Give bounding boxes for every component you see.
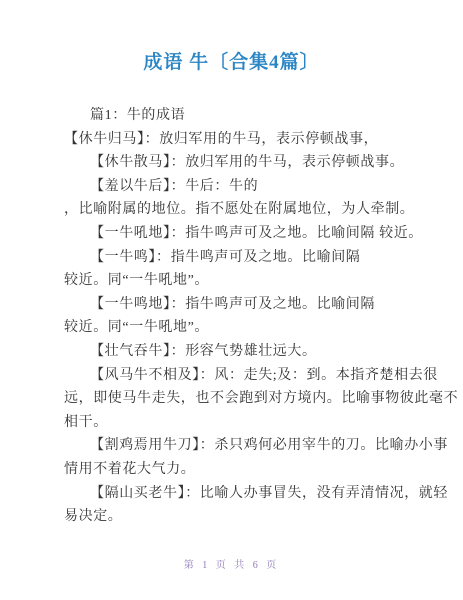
body-line: 【羞以牛后】：牛后：牛的 [64, 175, 401, 199]
body-line: 【一牛鸣地】：指牛鸣声可及之地。比喻间隔 [64, 293, 401, 317]
body-line: 远，即使马牛走失，也不会跑到对方境内。比喻事物彼此毫不 [64, 387, 401, 411]
body-line: 【一牛鸣】：指牛鸣声可及之地。比喻间隔 [64, 246, 401, 270]
body-line: 【休牛归马】：放归军用的牛马，表示停顿战事， [64, 128, 401, 152]
body-line: 【风马牛不相及】：风：走失;及：到。本指齐楚相去很 [64, 364, 401, 388]
document-page: 成语 牛〔合集4篇〕 篇1：牛的成语 【休牛归马】：放归军用的牛马，表示停顿战事… [0, 0, 463, 600]
body-line: 【休牛散马】：放归军用的牛马，表示停顿战事。 [64, 151, 401, 175]
document-body: 篇1：牛的成语 【休牛归马】：放归军用的牛马，表示停顿战事， 【休牛散马】：放归… [64, 104, 401, 529]
body-line: 较近。同“一牛吼地”。 [64, 269, 401, 293]
page-title: 成语 牛〔合集4篇〕 [0, 49, 463, 77]
body-line: 易决定。 [64, 505, 401, 529]
body-line: ，比喻附属的地位。指不愿处在附属地位，为人牵制。 [64, 198, 401, 222]
body-line: 较近。同“一牛吼地”。 [64, 316, 401, 340]
body-line: 篇1：牛的成语 [64, 104, 401, 128]
page-number-footer: 第 1 页 共 6 页 [0, 556, 463, 571]
body-line: 【一牛吼地】：指牛鸣声可及之地。比喻间隔 较近。 [64, 222, 401, 246]
body-line: 情用不着花大气力。 [64, 458, 401, 482]
body-line: 【隔山买老牛】：比喻人办事冒失，没有弄清情况，就轻 [64, 482, 401, 506]
body-line: 【割鸡焉用牛刀】：杀只鸡何必用宰牛的刀。比喻办小事 [64, 434, 401, 458]
body-line: 【壮气吞牛】：形容气势雄壮远大。 [64, 340, 401, 364]
body-line: 相干。 [64, 411, 401, 435]
